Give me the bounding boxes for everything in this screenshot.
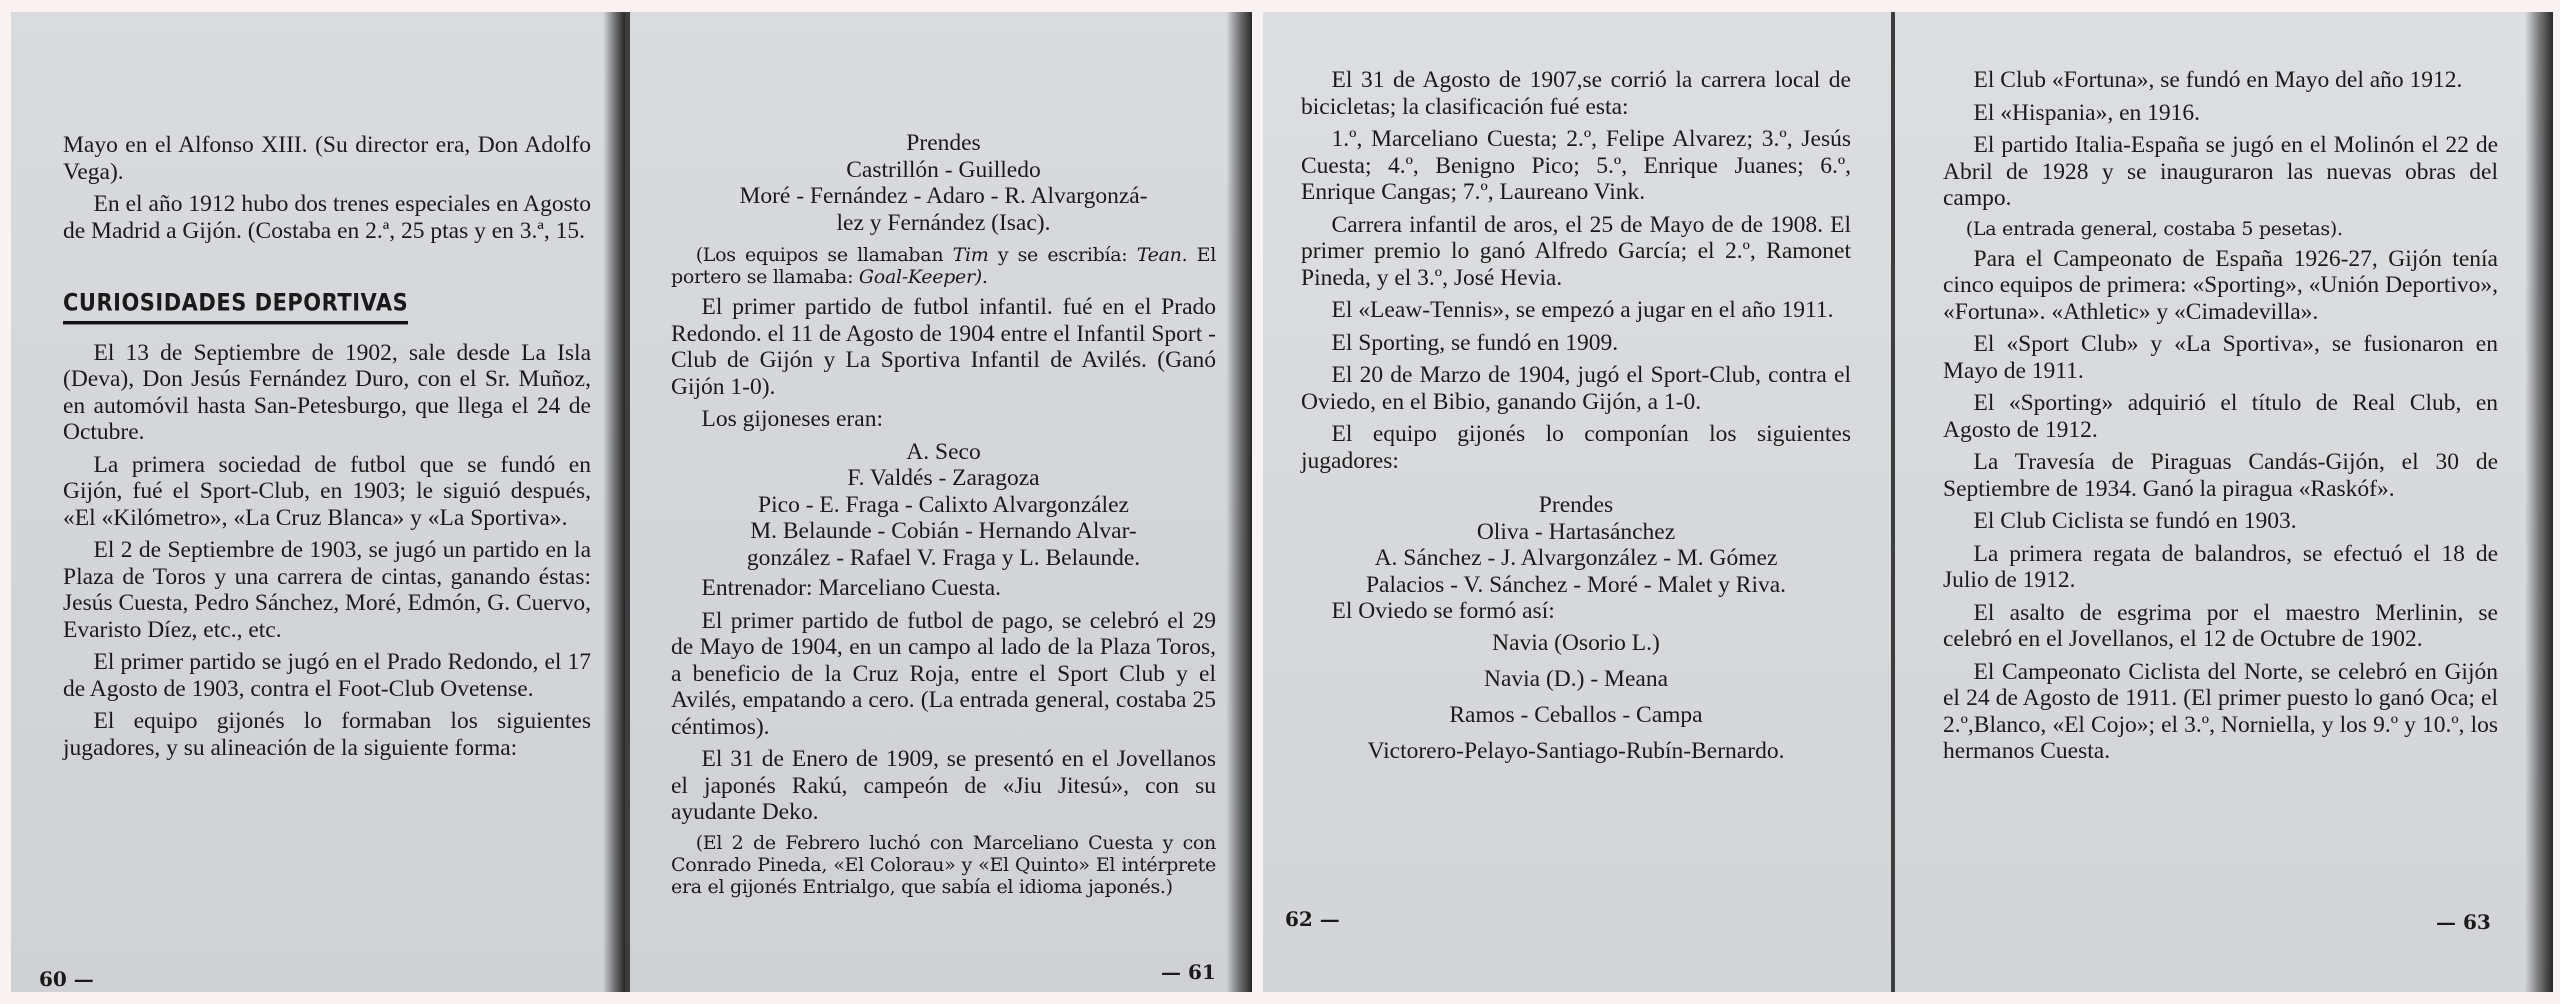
note-text: y se escribía: <box>988 244 1136 266</box>
paragraph: El 2 de Septiembre de 1903, se jugó un p… <box>63 537 591 643</box>
paragraph: El 20 de Marzo de 1904, jugó el Sport-Cl… <box>1301 362 1851 415</box>
lineup-row: F. Valdés - Zaragoza <box>671 465 1216 492</box>
page-62: El 31 de Agosto de 1907,se corrió la car… <box>1301 67 1851 992</box>
photo-spread-pages-62-63: El 31 de Agosto de 1907,se corrió la car… <box>1263 12 2553 992</box>
paragraph: El 31 de Enero de 1909, se presentó en e… <box>671 746 1216 826</box>
lineup-oviedo-1904: Navia (Osorio L.) Navia (D.) - Meana Ram… <box>1301 625 1851 769</box>
paragraph: La primera regata de balandros, se efect… <box>1943 541 2498 594</box>
paragraph: 1.º, Marceliano Cuesta; 2.º, Felipe Alva… <box>1301 126 1851 206</box>
paragraph: Los gijoneses eran: <box>671 406 1216 433</box>
section-heading: CURIOSIDADES DEPORTIVAS <box>63 288 408 324</box>
paragraph: Para el Campeonato de España 1926-27, Gi… <box>1943 246 2498 326</box>
page-gutter-shadow <box>603 12 625 992</box>
paragraph: El equipo gijonés lo formaban los siguie… <box>63 708 591 761</box>
paragraph: El Club «Fortuna», se fundó en Mayo del … <box>1943 67 2498 94</box>
paragraph: El «Sporting» adquirió el título de Real… <box>1943 390 2498 443</box>
note-paragraph: (El 2 de Febrero luchó con Marceliano Cu… <box>671 832 1216 898</box>
lineup-sport-club-1904: Prendes Oliva - Hartasánchez A. Sánchez … <box>1301 492 1851 598</box>
lineup-row: Palacios - V. Sánchez - Moré - Malet y R… <box>1301 572 1851 599</box>
paragraph: La primera sociedad de futbol que se fun… <box>63 452 591 532</box>
paragraph: El 31 de Agosto de 1907,se corrió la car… <box>1301 67 1851 120</box>
paragraph: El partido Italia-España se jugó en el M… <box>1943 132 2498 212</box>
page-60: Mayo en el Alfonso XIII. (Su director er… <box>63 132 591 992</box>
note-italic: Goal-Keeper). <box>859 266 988 288</box>
paragraph: El equipo gijonés lo componían los sigui… <box>1301 421 1851 474</box>
note-paragraph: (Los equipos se llamaban Tim y se escrib… <box>671 244 1216 288</box>
page-gutter-line <box>1891 12 1895 992</box>
lineup-row: Prendes <box>671 130 1216 157</box>
lineup-row: Castrillón - Guilledo <box>671 157 1216 184</box>
paragraph: En el año 1912 hubo dos trenes especiale… <box>63 191 591 244</box>
paragraph: El primer partido se jugó en el Prado Re… <box>63 649 591 702</box>
paragraph: El primer partido de futbol infantil. fu… <box>671 294 1216 400</box>
lineup-row: Navia (Osorio L.) <box>1301 625 1851 661</box>
note-paragraph: (La entrada general, costaba 5 pesetas). <box>1943 218 2498 240</box>
page-gutter-line <box>625 12 630 992</box>
photo-spread-pages-60-61: Mayo en el Alfonso XIII. (Su director er… <box>11 12 1252 992</box>
paragraph: El «Leaw-Tennis», se empezó a jugar en e… <box>1301 297 1851 324</box>
page-number-63: — 63 <box>2436 910 2491 934</box>
paragraph: Entrenador: Marceliano Cuesta. <box>671 575 1216 602</box>
lineup-row: A. Sánchez - J. Alvargonzález - M. Gómez <box>1301 545 1851 572</box>
lineup-row: Prendes <box>1301 492 1851 519</box>
right-edge-shadow <box>2525 12 2553 992</box>
lineup-row: Oliva - Hartasánchez <box>1301 519 1851 546</box>
paragraph: El «Hispania», en 1916. <box>1943 100 2498 127</box>
paragraph: El primer partido de futbol de pago, se … <box>671 608 1216 741</box>
paragraph: Mayo en el Alfonso XIII. (Su director er… <box>63 132 591 185</box>
paragraph: El 13 de Septiembre de 1902, sale desde … <box>63 340 591 446</box>
paragraph: El Oviedo se formó así: <box>1301 598 1851 625</box>
lineup-row: Navia (D.) - Meana <box>1301 661 1851 697</box>
lineup-gijon-infantil-1904: A. Seco F. Valdés - Zaragoza Pico - E. F… <box>671 439 1216 572</box>
lineup-row: Victorero-Pelayo-Santiago-Rubín-Bernardo… <box>1301 733 1851 769</box>
page-61: Prendes Castrillón - Guilledo Moré - Fer… <box>671 130 1216 992</box>
page-63: El Club «Fortuna», se fundó en Mayo del … <box>1943 67 2498 992</box>
paragraph: El asalto de esgrima por el maestro Merl… <box>1943 600 2498 653</box>
lineup-row: lez y Fernández (Isac). <box>671 210 1216 237</box>
note-italic: Tim <box>953 244 989 266</box>
lineup-row: Pico - E. Fraga - Calixto Alvargonzález <box>671 492 1216 519</box>
note-italic: Tean. <box>1137 244 1188 266</box>
lineup-row: gonzález - Rafael V. Fraga y L. Belaunde… <box>671 545 1216 572</box>
paragraph: El Sporting, se fundó en 1909. <box>1301 330 1851 357</box>
paragraph: El Club Ciclista se fundó en 1903. <box>1943 508 2498 535</box>
lineup-row: M. Belaunde - Cobián - Hernando Alvar- <box>671 518 1216 545</box>
paragraph: El «Sport Club» y «La Sportiva», se fusi… <box>1943 331 2498 384</box>
lineup-sport-club-1903: Prendes Castrillón - Guilledo Moré - Fer… <box>671 130 1216 236</box>
page-number-61: — 61 <box>1161 960 1216 984</box>
page-number-60: 60 — <box>39 967 94 991</box>
lineup-row: A. Seco <box>671 439 1216 466</box>
paragraph: Carrera infantil de aros, el 25 de Mayo … <box>1301 212 1851 292</box>
lineup-row: Moré - Fernández - Adaro - R. Alvargonzá… <box>671 183 1216 210</box>
paragraph: La Travesía de Piraguas Candás-Gijón, el… <box>1943 449 2498 502</box>
page-number-62: 62 — <box>1285 907 1340 931</box>
note-text: (Los equipos se llamaban <box>696 244 953 266</box>
right-edge-shadow <box>1226 12 1252 992</box>
paragraph: El Campeonato Ciclista del Norte, se cel… <box>1943 659 2498 765</box>
lineup-row: Ramos - Ceballos - Campa <box>1301 697 1851 733</box>
